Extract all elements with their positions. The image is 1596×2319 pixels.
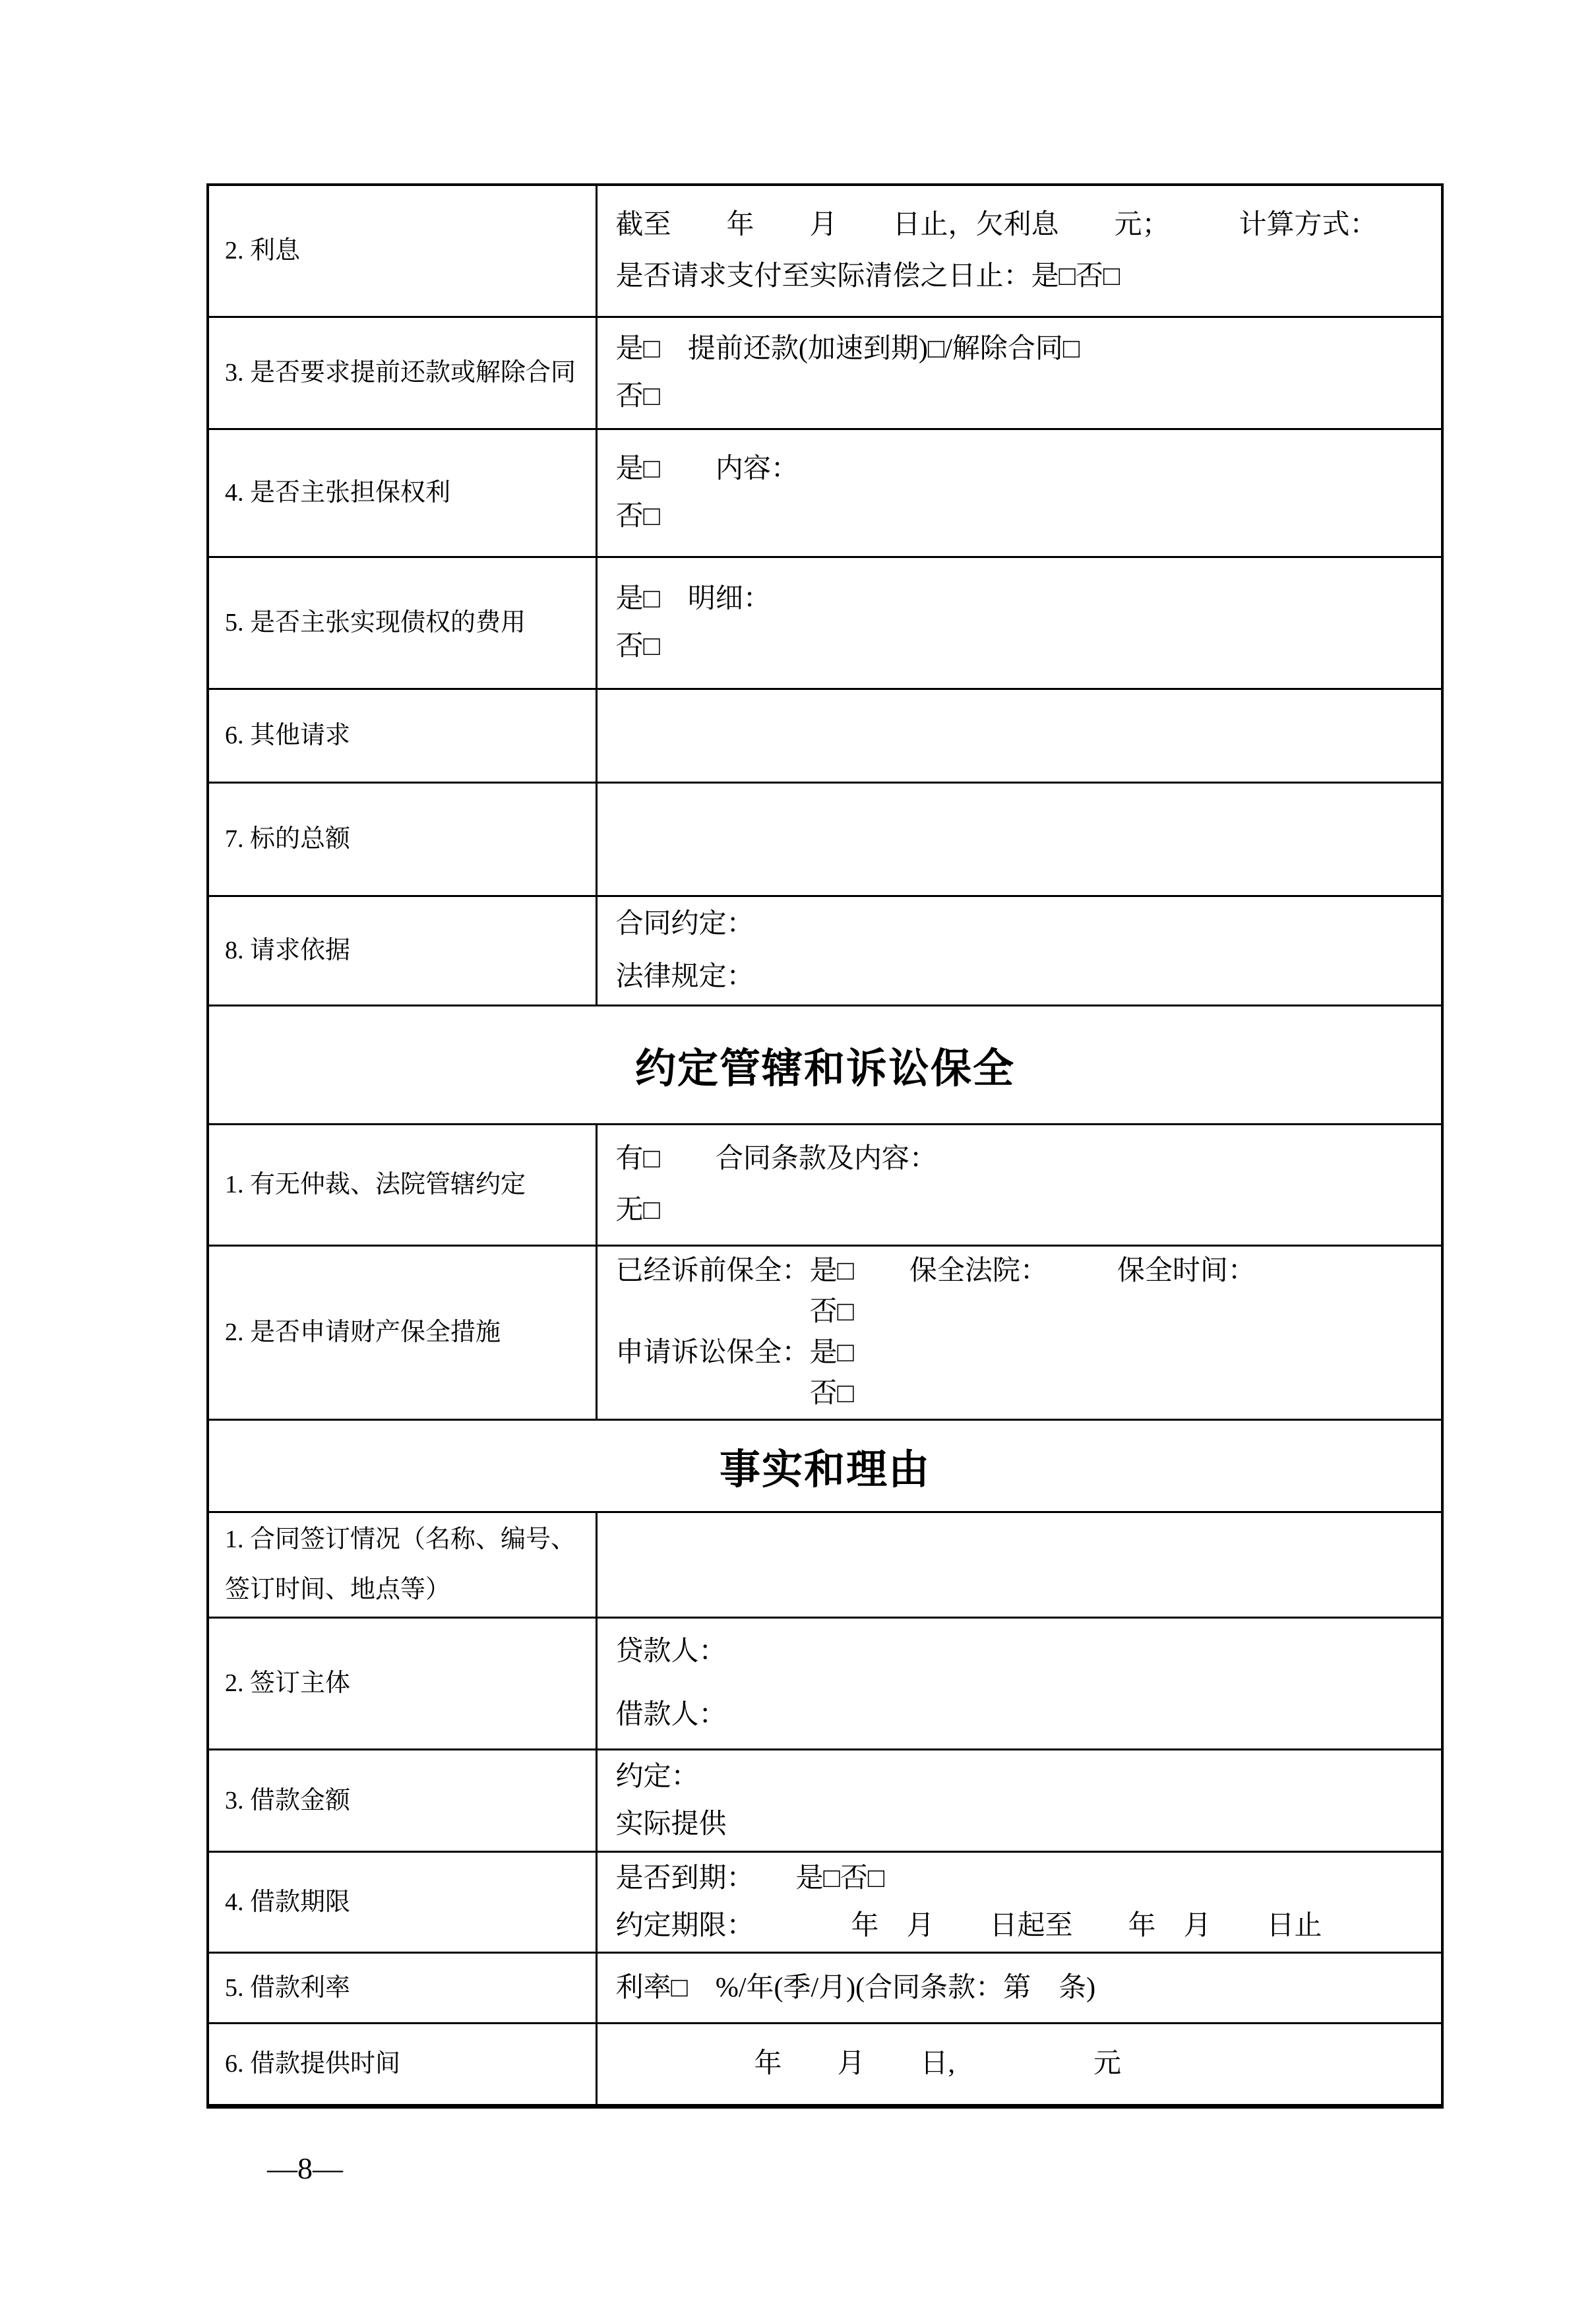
row-label-text: 2. 签订主体 [225, 1658, 596, 1708]
text-line: 否□ [616, 623, 1443, 670]
row-label: 3. 借款金额 [208, 1749, 596, 1851]
text-line: 无□ [616, 1185, 1443, 1236]
row-label: 5. 是否主张实现债权的费用 [208, 557, 596, 689]
row-label-text: 5. 是否主张实现债权的费用 [225, 598, 596, 648]
text-line: 借款人： [616, 1683, 1443, 1747]
section-header-jurisdiction: 约定管辖和诉讼保全 [208, 1005, 1442, 1124]
row-label: 4. 借款期限 [208, 1851, 596, 1952]
row-content: 合同约定： 法律规定： [596, 896, 1442, 1005]
row-guarantee-rights: 4. 是否主张担保权利 是□ 内容： 否□ [208, 429, 1442, 557]
row-content: 截至 年 月 日止，欠利息 元； 计算方式： 是否请求支付至实际清偿之日止：是□… [596, 185, 1442, 317]
text-line: 是□ 内容： [616, 445, 1443, 493]
row-label: 1. 合同签订情况（名称、编号、 签订时间、地点等） [208, 1512, 596, 1617]
page-number: —8— [267, 2149, 343, 2188]
row-content [596, 782, 1442, 896]
row-label-text: 7. 标的总额 [225, 814, 596, 864]
row-label-text: 4. 是否主张担保权利 [225, 468, 596, 518]
text-line: 合同约定： [616, 898, 1443, 950]
row-content: 是□ 明细： 否□ [596, 557, 1442, 689]
row-debt-realization-cost: 5. 是否主张实现债权的费用 是□ 明细： 否□ [208, 557, 1442, 689]
row-content: 约定： 实际提供 [596, 1749, 1442, 1851]
row-label-text: 2. 是否申请财产保全措施 [225, 1307, 596, 1357]
row-content [596, 1512, 1442, 1617]
row-label-text: 1. 合同签订情况（名称、编号、 [225, 1514, 596, 1564]
row-content: 是□ 提前还款(加速到期)□/解除合同□ 否□ [596, 317, 1442, 429]
text-line: 申请诉讼保全：是□ [616, 1332, 1443, 1373]
row-total-amount: 7. 标的总额 [208, 782, 1442, 896]
row-early-repayment: 3. 是否要求提前还款或解除合同 是□ 提前还款(加速到期)□/解除合同□ 否□ [208, 317, 1442, 429]
row-label: 6. 借款提供时间 [208, 2023, 596, 2106]
text-line: 约定： [616, 1753, 1443, 1801]
row-claim-basis: 8. 请求依据 合同约定： 法律规定： [208, 896, 1442, 1005]
row-label-text: 1. 有无仲裁、法院管辖约定 [225, 1159, 596, 1210]
row-label: 1. 有无仲裁、法院管辖约定 [208, 1124, 596, 1245]
section-header-facts: 事实和理由 [208, 1419, 1442, 1512]
text-line: 否□ [616, 493, 1443, 540]
row-label: 2. 利息 [208, 185, 596, 317]
row-loan-amount: 3. 借款金额 约定： 实际提供 [208, 1749, 1442, 1851]
section-header-row-facts: 事实和理由 [208, 1419, 1442, 1512]
text-line: 法律规定： [616, 950, 1443, 1003]
row-label: 4. 是否主张担保权利 [208, 429, 596, 557]
form-table: 2. 利息 截至 年 月 日止，欠利息 元； 计算方式： 是否请求支付至实际清偿… [206, 183, 1444, 2109]
text-line: 截至 年 月 日止，欠利息 元； 计算方式： [616, 199, 1443, 251]
row-interest: 2. 利息 截至 年 月 日止，欠利息 元； 计算方式： 是否请求支付至实际清偿… [208, 185, 1442, 317]
text-line: 否□ [616, 1291, 1443, 1332]
row-loan-rate: 5. 借款利率 利率□ %/年(季/月)(合同条款：第 条) [208, 1952, 1442, 2023]
row-label: 2. 签订主体 [208, 1617, 596, 1749]
text-line: 有□ 合同条款及内容： [616, 1133, 1443, 1185]
row-label-text: 3. 是否要求提前还款或解除合同 [225, 348, 596, 398]
row-loan-term: 4. 借款期限 是否到期： 是□否□ 约定期限： 年 月 日起至 年 月 日止 [208, 1851, 1442, 1952]
row-label-text: 6. 其他请求 [225, 710, 596, 760]
row-label: 8. 请求依据 [208, 896, 596, 1005]
text-line: 是否到期： 是□否□ [616, 1855, 1443, 1902]
document-page: 2. 利息 截至 年 月 日止，欠利息 元； 计算方式： 是否请求支付至实际清偿… [0, 0, 1596, 2319]
row-label-text: 6. 借款提供时间 [225, 2039, 596, 2089]
text-line: 否□ [616, 1373, 1443, 1414]
row-label-text: 8. 请求依据 [225, 925, 596, 975]
text-line: 年 月 日, 元 [616, 2040, 1443, 2087]
text-line: 是□ 提前还款(加速到期)□/解除合同□ [616, 325, 1443, 373]
text-line: 已经诉前保全：是□ 保全法院： 保全时间： [616, 1251, 1443, 1291]
text-line: 是□ 明细： [616, 575, 1443, 623]
text-line: 是否请求支付至实际清偿之日止：是□否□ [616, 251, 1443, 302]
row-content: 年 月 日, 元 [596, 2023, 1442, 2106]
row-content: 利率□ %/年(季/月)(合同条款：第 条) [596, 1952, 1442, 2023]
section-header-row-jurisdiction: 约定管辖和诉讼保全 [208, 1005, 1442, 1124]
text-line: 否□ [616, 373, 1443, 420]
row-label: 2. 是否申请财产保全措施 [208, 1245, 596, 1419]
row-property-preservation: 2. 是否申请财产保全措施 已经诉前保全：是□ 保全法院： 保全时间： 否□ 申… [208, 1245, 1442, 1419]
row-label-text: 5. 借款利率 [225, 1963, 596, 2013]
row-label-text: 签订时间、地点等） [225, 1564, 596, 1615]
row-content: 是□ 内容： 否□ [596, 429, 1442, 557]
row-jurisdiction-agreement: 1. 有无仲裁、法院管辖约定 有□ 合同条款及内容： 无□ [208, 1124, 1442, 1245]
row-label: 7. 标的总额 [208, 782, 596, 896]
row-label-text: 3. 借款金额 [225, 1776, 596, 1826]
row-content: 已经诉前保全：是□ 保全法院： 保全时间： 否□ 申请诉讼保全：是□ 否□ [596, 1245, 1442, 1419]
row-label-text: 4. 借款期限 [225, 1877, 596, 1927]
row-other-claims: 6. 其他请求 [208, 689, 1442, 782]
row-signing-parties: 2. 签订主体 贷款人： 借款人： [208, 1617, 1442, 1749]
row-content: 是否到期： 是□否□ 约定期限： 年 月 日起至 年 月 日止 [596, 1851, 1442, 1952]
row-content: 贷款人： 借款人： [596, 1617, 1442, 1749]
text-line: 实际提供 [616, 1801, 1443, 1848]
row-content: 有□ 合同条款及内容： 无□ [596, 1124, 1442, 1245]
text-line: 约定期限： 年 月 日起至 年 月 日止 [616, 1902, 1443, 1950]
row-label-text: 2. 利息 [225, 226, 596, 276]
text-line: 利率□ %/年(季/月)(合同条款：第 条) [616, 1964, 1443, 2012]
row-label: 3. 是否要求提前还款或解除合同 [208, 317, 596, 429]
row-label: 5. 借款利率 [208, 1952, 596, 2023]
row-content [596, 689, 1442, 782]
row-label: 6. 其他请求 [208, 689, 596, 782]
text-line: 贷款人： [616, 1620, 1443, 1683]
row-contract-signing: 1. 合同签订情况（名称、编号、 签订时间、地点等） [208, 1512, 1442, 1617]
row-loan-provide-time: 6. 借款提供时间 年 月 日, 元 [208, 2023, 1442, 2106]
